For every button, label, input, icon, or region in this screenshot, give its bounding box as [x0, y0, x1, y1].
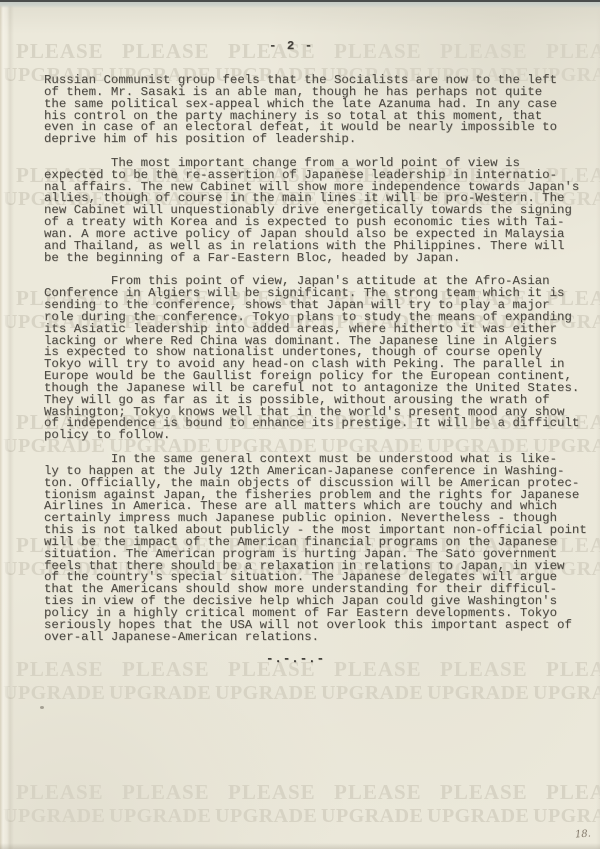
watermark-tile: PLEASEUPGRADE: [3, 781, 109, 828]
watermark-word-please: PLEASE: [3, 40, 109, 63]
watermark-tile: PLEASEUPGRADE: [533, 781, 600, 828]
watermark-word-upgrade: UPGRADE: [427, 681, 533, 705]
watermark-tile: PLEASEUPGRADE: [427, 781, 533, 828]
watermark-word-please: PLEASE: [215, 781, 321, 804]
watermark-word-please: PLEASE: [533, 40, 600, 63]
watermark-tile: PLEASEUPGRADE: [3, 658, 109, 705]
watermark-word-please: PLEASE: [3, 658, 109, 681]
watermark-tile: PLEASEUPGRADE: [321, 658, 427, 705]
watermark-tile: PLEASEUPGRADE: [533, 658, 600, 705]
end-mark: -.-.-.-: [266, 652, 325, 666]
watermark-word-upgrade: UPGRADE: [533, 681, 600, 705]
scan-edge-bottom: [0, 843, 600, 849]
watermark-word-please: PLEASE: [533, 658, 600, 681]
paragraph-2: The most important change from a world p…: [44, 158, 596, 265]
handwritten-page-number: 18.: [575, 828, 592, 840]
watermark-word-upgrade: UPGRADE: [215, 804, 321, 828]
watermark-word-please: PLEASE: [109, 781, 215, 804]
scan-edge-top: [0, 0, 600, 8]
watermark-word-please: PLEASE: [427, 781, 533, 804]
watermark-word-upgrade: UPGRADE: [109, 804, 215, 828]
watermark-row: PLEASEUPGRADEPLEASEUPGRADEPLEASEUPGRADEP…: [3, 781, 600, 828]
watermark-word-please: PLEASE: [3, 781, 109, 804]
watermark-word-upgrade: UPGRADE: [427, 804, 533, 828]
watermark-word-upgrade: UPGRADE: [109, 681, 215, 705]
watermark-word-please: PLEASE: [109, 40, 215, 63]
watermark-word-please: PLEASE: [321, 40, 427, 63]
watermark-word-please: PLEASE: [109, 658, 215, 681]
watermark-word-please: PLEASE: [321, 658, 427, 681]
watermark-tile: PLEASEUPGRADE: [427, 658, 533, 705]
paragraph-1: Russian Communist group feels that the S…: [44, 75, 596, 146]
watermark-word-please: PLEASE: [427, 658, 533, 681]
scan-edge-right: [596, 0, 600, 849]
paragraph-3: From this point of view, Japan's attitud…: [44, 276, 596, 442]
ink-speck: [40, 706, 44, 709]
watermark-tile: PLEASEUPGRADE: [215, 781, 321, 828]
scan-edge-left: [0, 0, 14, 849]
paragraph-4: In the same general context must be unde…: [44, 454, 596, 644]
watermark-tile: PLEASEUPGRADE: [109, 658, 215, 705]
watermark-word-please: PLEASE: [427, 40, 533, 63]
watermark-word-please: PLEASE: [533, 781, 600, 804]
watermark-tile: PLEASEUPGRADE: [109, 781, 215, 828]
page-number: - 2 -: [269, 39, 314, 53]
watermark-word-upgrade: UPGRADE: [321, 804, 427, 828]
watermark-word-upgrade: UPGRADE: [533, 804, 600, 828]
scanned-page: PLEASEUPGRADEPLEASEUPGRADEPLEASEUPGRADEP…: [0, 0, 600, 849]
watermark-word-please: PLEASE: [321, 781, 427, 804]
watermark-word-upgrade: UPGRADE: [215, 681, 321, 705]
watermark-tile: PLEASEUPGRADE: [321, 781, 427, 828]
watermark-word-upgrade: UPGRADE: [3, 681, 109, 705]
watermark-word-upgrade: UPGRADE: [321, 681, 427, 705]
document-text: Russian Communist group feels that the S…: [44, 75, 596, 655]
watermark-word-upgrade: UPGRADE: [3, 804, 109, 828]
